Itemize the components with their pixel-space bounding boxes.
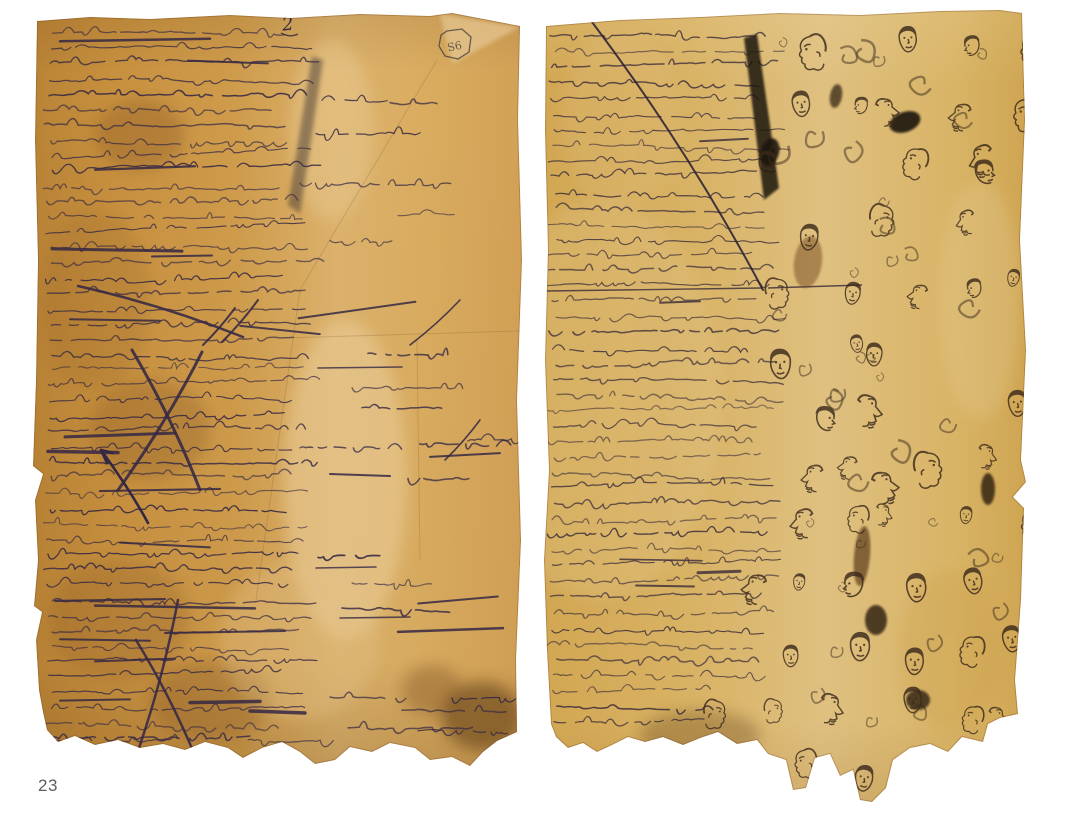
ink-blob: [906, 690, 930, 710]
paper-stain: [402, 665, 462, 715]
ink-blob: [865, 605, 887, 635]
folio-number: 2: [280, 13, 295, 35]
manuscript-figure: S62: [0, 0, 1080, 827]
paper-stain: [50, 560, 190, 680]
paper-stain: [940, 180, 1020, 420]
paper-stain: [95, 100, 185, 170]
left-manuscript-page: S62: [30, 10, 532, 775]
page-number: 23: [38, 776, 58, 796]
right-manuscript-page: [480, 5, 1050, 820]
ink-blob: [981, 473, 995, 505]
paper-stain: [640, 710, 760, 760]
book-page: S62 23: [0, 0, 1080, 827]
